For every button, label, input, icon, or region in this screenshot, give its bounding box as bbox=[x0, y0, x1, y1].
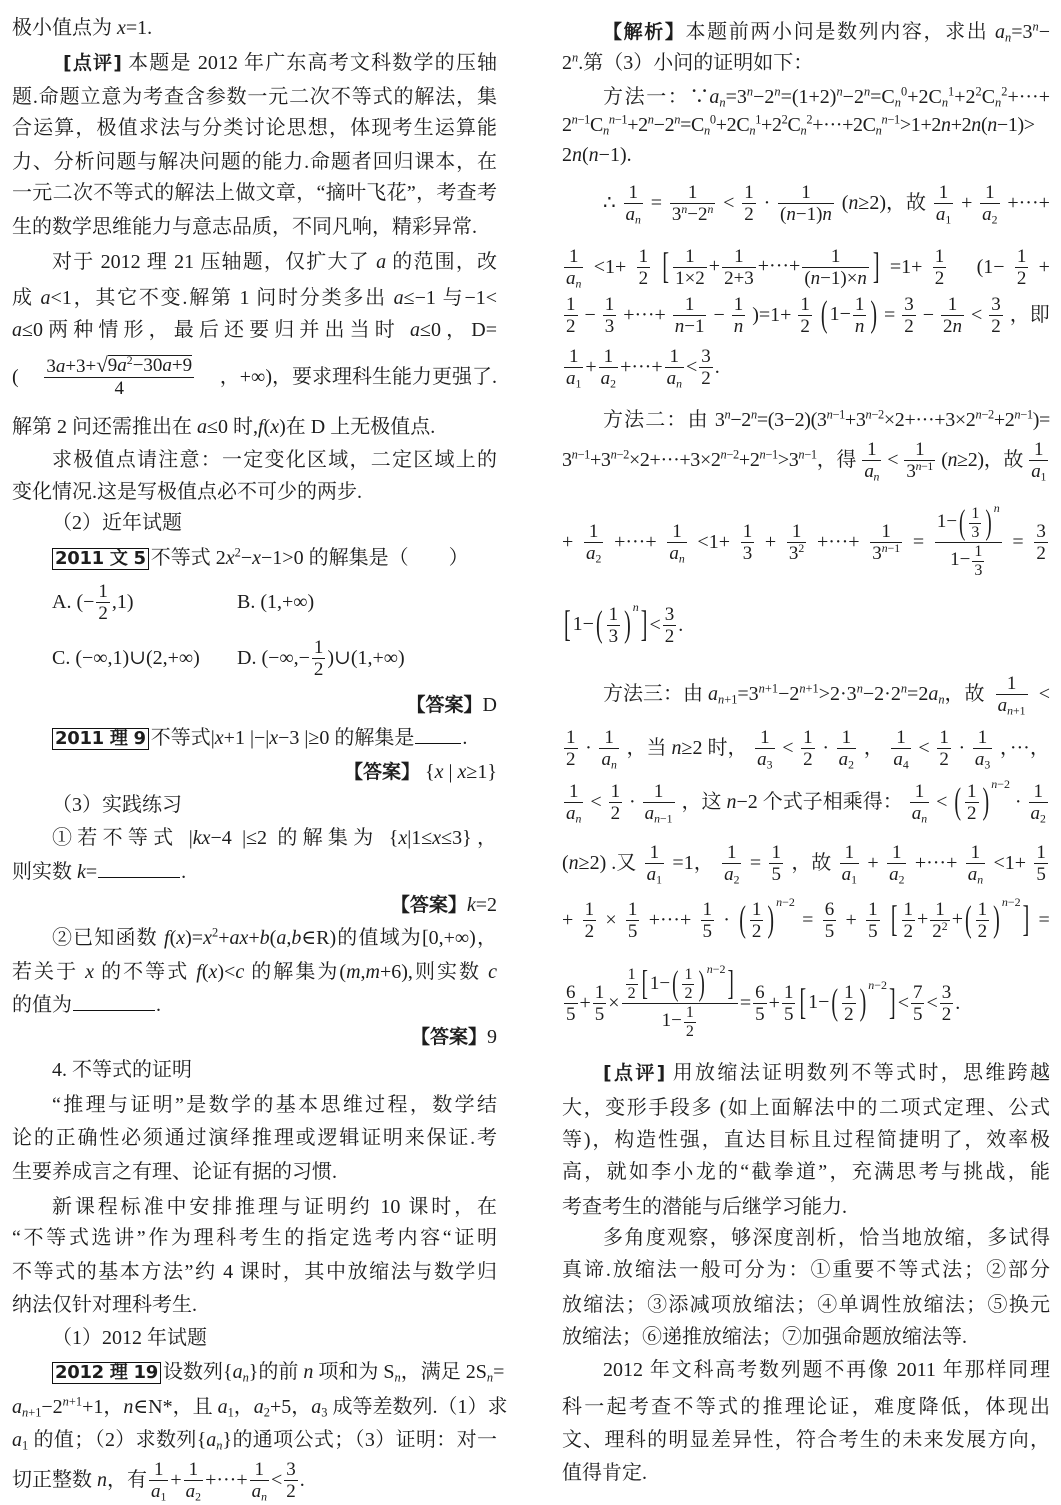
denominator: an bbox=[564, 268, 583, 289]
math-variable: n bbox=[572, 144, 582, 166]
math-variable: a bbox=[1031, 803, 1041, 824]
math-text: 1 bbox=[604, 727, 614, 748]
subscript: 2 bbox=[1040, 812, 1046, 825]
math-text: 1 bbox=[628, 899, 638, 920]
math-text: 3 bbox=[984, 758, 990, 771]
fraction: 15 bbox=[866, 899, 880, 942]
math-text: n bbox=[576, 812, 582, 825]
math-text: 5 bbox=[628, 921, 638, 942]
math-variable: n bbox=[991, 777, 997, 791]
math-variable: n bbox=[855, 316, 865, 337]
denominator: a1 bbox=[840, 864, 859, 885]
math-text: 1 bbox=[842, 727, 852, 748]
denominator: 3 bbox=[607, 626, 621, 647]
math-text: an bbox=[667, 368, 682, 389]
math-text: 1 bbox=[985, 182, 995, 203]
numerator: 1 bbox=[684, 1004, 696, 1023]
denominator: a2 bbox=[887, 864, 906, 885]
superscript: n−1 bbox=[609, 113, 627, 127]
denominator: 2 bbox=[976, 921, 990, 942]
math-text: 1− bbox=[937, 511, 957, 532]
math-text: < bbox=[686, 354, 697, 380]
math-text: ， bbox=[864, 735, 884, 761]
math-text: 1 bbox=[752, 899, 762, 920]
math-text: 2 bbox=[904, 316, 914, 337]
denominator: 32 bbox=[787, 543, 806, 564]
fraction: 1a3 bbox=[973, 727, 992, 770]
fraction: 1an bbox=[564, 246, 583, 289]
math-text: 3 bbox=[609, 626, 619, 647]
math-variable: a bbox=[982, 204, 992, 225]
math-text: n bbox=[725, 408, 731, 422]
numerator: 3 bbox=[663, 604, 677, 626]
math-text: 1 bbox=[945, 213, 951, 226]
subscript: 1 bbox=[851, 873, 857, 886]
math-text: . bbox=[955, 990, 960, 1016]
superscript: 1 bbox=[948, 85, 954, 99]
math-text: 3 bbox=[767, 758, 773, 771]
math-variable: n bbox=[866, 408, 872, 422]
subscript: n bbox=[1005, 31, 1011, 45]
line-content: ∴1an=13n−2n<12·1(n−1)n(n≥2)，故1a1+1a2+···… bbox=[603, 182, 1050, 225]
math-variable: a bbox=[601, 368, 611, 389]
superscript: n−1 bbox=[1014, 408, 1032, 422]
math-text: 6 bbox=[825, 899, 835, 920]
numerator: 1 bbox=[798, 294, 812, 316]
math-text: n−2 bbox=[1002, 895, 1021, 909]
superscript: n−2 bbox=[721, 448, 739, 462]
open-bracket: [ bbox=[891, 896, 898, 944]
math-text: 2 bbox=[939, 749, 949, 770]
line-content: 方法三：由 an+1=3n+1−2n+1>2·3n−2·2n=2an，故1an+… bbox=[603, 673, 1050, 716]
math-text: 1 bbox=[939, 727, 949, 748]
line-content: 12·1an，当 n≥2 时，1a3<12·1a2，1a4<12·1a3，···… bbox=[562, 727, 1050, 770]
math-text: 6 bbox=[755, 982, 765, 1003]
math-text: n bbox=[707, 202, 713, 215]
numerator: 1 bbox=[891, 727, 910, 749]
bracket-group: (12)n−2 bbox=[963, 899, 1021, 942]
math-text: 方法三：由 an+1=3n+1−2n+1>2·3n−2·2n=2an，故 bbox=[603, 681, 985, 707]
math-variable: n bbox=[576, 277, 582, 290]
math-variable: n bbox=[759, 682, 765, 696]
math-variable: n bbox=[848, 192, 858, 214]
numerator: 1 bbox=[722, 842, 741, 864]
line-text: 2012 年文科高考数列题不再像 2011 年那样同理 bbox=[603, 1357, 1050, 1383]
denominator: an bbox=[564, 803, 583, 824]
math-text: <1+ bbox=[993, 850, 1026, 876]
numerator: 1 bbox=[624, 182, 643, 204]
bracket-group: (12)n−2 bbox=[670, 966, 725, 1003]
denominator: 2 bbox=[564, 316, 578, 337]
denominator: a4 bbox=[891, 749, 910, 770]
analysis-label: 【解析】 bbox=[603, 21, 686, 43]
math-text: + bbox=[585, 354, 596, 380]
superscript: 2 bbox=[976, 85, 982, 99]
math-text: 2+3 bbox=[724, 268, 754, 289]
numerator: 1 bbox=[941, 294, 964, 316]
math-text: 1 bbox=[566, 727, 576, 748]
math-text: ，当 n≥2 时， bbox=[627, 735, 748, 761]
math-text: 1 bbox=[604, 346, 614, 367]
numerator: 1 bbox=[564, 246, 583, 268]
math-text: 1 bbox=[605, 294, 615, 315]
math-variable: n bbox=[747, 85, 753, 99]
math-text: an−1 bbox=[645, 803, 673, 824]
review-label: [点评] bbox=[603, 1062, 665, 1084]
fraction: 1−(13)n1−13 bbox=[935, 505, 1002, 580]
math-text: 1 bbox=[881, 521, 891, 542]
math-text: + bbox=[562, 907, 573, 933]
numerator: 1 bbox=[667, 521, 686, 543]
line-text: 大，变形手段多 (如上面解法中的二项式定理、公式 bbox=[562, 1095, 1050, 1121]
denominator: a3 bbox=[973, 749, 992, 770]
math-variable: a bbox=[724, 864, 734, 885]
numerator: 1 bbox=[930, 899, 949, 921]
subscript: n+1 bbox=[1007, 704, 1025, 717]
line-text: 值得肯定. bbox=[562, 1460, 1050, 1486]
math-variable: n bbox=[822, 204, 832, 225]
math-text: n bbox=[751, 408, 757, 422]
math-text: +···+ bbox=[620, 354, 663, 380]
math-text: n bbox=[1005, 31, 1011, 45]
fraction: 12 bbox=[750, 899, 764, 942]
math-text: 1 bbox=[576, 377, 582, 390]
math-text: n bbox=[679, 552, 685, 565]
numerator: 1 bbox=[976, 899, 990, 921]
fraction: 12 bbox=[933, 246, 947, 289]
math-text: (n≥2) .又 bbox=[562, 850, 636, 876]
math-text: 2 bbox=[566, 316, 576, 337]
numerator: 1 bbox=[842, 982, 856, 1004]
math-text: an bbox=[864, 461, 879, 482]
math-text: ，故 bbox=[791, 850, 831, 876]
math-text: 1 bbox=[569, 246, 579, 267]
fraction: 15 bbox=[769, 842, 783, 885]
numerator: 1 bbox=[665, 346, 684, 368]
fraction: 1n bbox=[732, 294, 746, 337]
subscript: 2 bbox=[848, 758, 854, 771]
math-text: 3 bbox=[743, 543, 753, 564]
subscript: n+1 bbox=[718, 693, 737, 707]
math-variable: a bbox=[998, 695, 1008, 716]
math-text: 1 bbox=[1033, 781, 1043, 802]
math-variable: n bbox=[672, 737, 682, 759]
fraction: 1(n−1)n bbox=[778, 182, 834, 225]
math-variable: n bbox=[611, 448, 617, 462]
fraction: 1a2 bbox=[722, 842, 741, 885]
superscript: n bbox=[864, 85, 870, 99]
math-variable: a bbox=[669, 543, 679, 564]
math-variable: n bbox=[975, 408, 981, 422]
numerator: 1 bbox=[645, 842, 664, 864]
numerator: 1 bbox=[583, 899, 597, 921]
denominator: 5 bbox=[769, 864, 783, 885]
math-variable: n bbox=[707, 962, 713, 976]
math-text: 2 bbox=[701, 368, 711, 389]
math-text: 2 bbox=[734, 873, 740, 886]
math-text: +···+ bbox=[817, 529, 860, 555]
math-text: · bbox=[958, 735, 965, 761]
math-text: a3 bbox=[975, 749, 990, 770]
math-text: 1 bbox=[867, 439, 876, 460]
math-variable: n bbox=[675, 316, 685, 337]
superscript: n bbox=[674, 113, 680, 127]
math-text: 1 bbox=[589, 521, 599, 542]
math-text: 2 bbox=[611, 803, 621, 824]
fraction: 13n−1 bbox=[904, 439, 935, 482]
denominator: 3n−2n bbox=[670, 204, 716, 225]
math-text: n bbox=[774, 85, 780, 99]
math-group: 13 bbox=[967, 505, 983, 542]
math-text: 2 bbox=[1001, 85, 1007, 99]
math-text: 1 bbox=[685, 246, 695, 267]
math-text: × bbox=[605, 907, 616, 933]
fraction: 32 bbox=[940, 982, 954, 1025]
math-text: = bbox=[740, 990, 751, 1016]
denominator: 2 bbox=[842, 1004, 856, 1025]
math-text: 2 bbox=[806, 113, 812, 127]
math-text: 1 bbox=[688, 182, 698, 203]
math-variable: a bbox=[968, 864, 978, 885]
math-text: +···+ bbox=[614, 529, 657, 555]
denominator: 2 bbox=[742, 204, 756, 225]
right-column: 【解析】本题前两小问是数列内容，求出 an=3n− 2n.第（3）小问的证明如下… bbox=[0, 0, 1061, 1505]
math-group: 1−(12)n−2 bbox=[650, 966, 726, 1003]
numerator: 1 bbox=[837, 727, 856, 749]
fraction: 32 bbox=[902, 294, 916, 337]
denominator: 2 bbox=[682, 985, 694, 1003]
math-text: 1 bbox=[760, 727, 770, 748]
math-text: n bbox=[1033, 20, 1039, 34]
math-text: n−1 bbox=[609, 113, 627, 127]
math-text: 1 bbox=[744, 182, 754, 203]
subscript: n bbox=[679, 552, 685, 565]
open-bracket: ( bbox=[965, 896, 972, 944]
math-text: 22 bbox=[932, 921, 947, 942]
subscript: n bbox=[635, 213, 641, 226]
numerator: 1 bbox=[673, 246, 707, 268]
math-variable: n bbox=[994, 501, 1000, 515]
math-text: n−2 bbox=[991, 777, 1010, 791]
math-text: 5 bbox=[566, 1004, 576, 1025]
subscript: n bbox=[977, 873, 983, 886]
math-text: 方法二：由 3n−2n=(3−2)(3n−1+3n−2×2+···+3×2n−2… bbox=[603, 409, 1050, 431]
open-bracket: ( bbox=[821, 291, 828, 339]
math-text: 1 bbox=[939, 182, 949, 203]
line-content: 2n.第（3）小问的证明如下： bbox=[562, 50, 1050, 76]
bracket-group: [1−(12)n−2] bbox=[797, 982, 897, 1025]
math-variable: a bbox=[912, 803, 922, 824]
math-variable: n bbox=[589, 144, 599, 166]
denominator: a1 bbox=[564, 368, 583, 389]
denominator: 1−13 bbox=[935, 543, 1002, 580]
math-text: n bbox=[734, 316, 744, 337]
math-variable: a bbox=[601, 749, 611, 770]
math-group: 1−13 bbox=[950, 549, 986, 570]
math-text: 0 bbox=[901, 85, 907, 99]
math-text: 1 bbox=[851, 873, 857, 886]
numerator: 3 bbox=[989, 294, 1003, 316]
fraction: 15 bbox=[782, 982, 796, 1025]
math-text: + bbox=[917, 908, 928, 930]
math-text: n−2 bbox=[721, 448, 739, 462]
fraction: 12[1−(12)n−2]1−12 bbox=[622, 966, 738, 1041]
numerator: 1 bbox=[722, 246, 756, 268]
superscript: n bbox=[681, 202, 687, 215]
open-bracket: [ bbox=[799, 979, 806, 1027]
math-text: n bbox=[681, 202, 687, 215]
superscript: 2 bbox=[1001, 85, 1007, 99]
math-text: − bbox=[713, 302, 724, 328]
superscript: n−2 bbox=[866, 408, 884, 422]
math-variable: n bbox=[751, 408, 757, 422]
math-text: n−2 bbox=[776, 895, 795, 909]
math-text: . bbox=[678, 612, 683, 638]
bracket-group: (13)n bbox=[957, 505, 1000, 542]
denominator: n−1 bbox=[673, 316, 707, 337]
math-text: a3 bbox=[757, 749, 772, 770]
fraction: 1a1 bbox=[840, 842, 859, 885]
math-variable: a bbox=[889, 864, 899, 885]
math-text: 1− bbox=[950, 549, 970, 570]
math-variable: n bbox=[1014, 408, 1020, 422]
bracket-group: (13)n bbox=[594, 604, 639, 647]
denominator: 3n−1 bbox=[870, 543, 902, 564]
fraction: 12 bbox=[965, 781, 979, 824]
math-variable: n bbox=[827, 408, 833, 422]
line-content: 1a1+1a2+···+1an<32. bbox=[562, 346, 1050, 389]
exponent: n bbox=[994, 502, 1000, 514]
math-variable: n bbox=[1007, 704, 1013, 717]
line-text: 真谛.放缩法一般可分为：①重要不等式法；②部分 bbox=[562, 1257, 1050, 1283]
math-text: 3n−1 bbox=[872, 543, 900, 564]
open-bracket: ( bbox=[672, 965, 678, 1004]
math-text: < bbox=[936, 789, 947, 815]
math-variable: n bbox=[882, 541, 888, 554]
line-content: [点评] 用放缩法证明数列不等式时，思维跨越 bbox=[603, 1060, 1050, 1086]
math-variable: n bbox=[1005, 31, 1011, 45]
math-text: n−2 bbox=[868, 978, 887, 992]
math-text: 1 bbox=[904, 899, 914, 920]
numerator: 1 bbox=[933, 246, 947, 268]
math-text: 5 bbox=[703, 921, 713, 942]
line-content: 方法二：由 3n−2n=(3−2)(3n−1+3n−2×2+···+3×2n−2… bbox=[603, 407, 1050, 433]
math-text: +···+ bbox=[758, 255, 801, 277]
denominator: a2 bbox=[584, 543, 603, 564]
math-variable: a bbox=[842, 864, 852, 885]
math-text: 2 bbox=[942, 1004, 952, 1025]
math-text: = bbox=[884, 302, 895, 328]
math-text: + bbox=[709, 255, 720, 277]
fraction: 12 bbox=[842, 982, 856, 1025]
math-text: n−1 bbox=[675, 316, 705, 337]
math-text: =1， bbox=[672, 850, 713, 876]
math-group: 12 bbox=[680, 966, 696, 1003]
superscript: n bbox=[901, 682, 907, 696]
subscript: n bbox=[576, 277, 582, 290]
math-variable: n bbox=[948, 449, 958, 471]
denominator: an−1 bbox=[643, 803, 675, 824]
math-text: 2 bbox=[1036, 543, 1046, 564]
fraction: 13n−2n bbox=[670, 182, 716, 225]
math-text: +···+ bbox=[915, 850, 958, 876]
numerator: 1 bbox=[626, 899, 640, 921]
numerator: 1 bbox=[778, 182, 834, 204]
math-text: 1− bbox=[573, 613, 594, 635]
fraction: 65 bbox=[564, 982, 578, 1025]
math-text: = bbox=[1039, 907, 1050, 933]
math-text: a2 bbox=[889, 864, 904, 885]
math-text: an bbox=[669, 543, 684, 564]
open-bracket: ( bbox=[954, 778, 961, 826]
denominator: 2 bbox=[937, 749, 951, 770]
math-text: an bbox=[601, 749, 616, 770]
subscript: 2 bbox=[992, 213, 998, 226]
open-bracket: ( bbox=[739, 896, 746, 944]
math-variable: n bbox=[1002, 895, 1008, 909]
bracket-group: (12)n−2 bbox=[737, 899, 795, 942]
denominator: a2 bbox=[837, 749, 856, 770]
numerator: 3 bbox=[902, 294, 916, 316]
close-bracket: ) bbox=[985, 504, 991, 543]
math-text: 1 bbox=[792, 521, 802, 542]
bracket-group: [11×2+12+3+···+1(n−1)×n] bbox=[660, 246, 881, 289]
denominator: 2 bbox=[902, 921, 916, 942]
math-variable: a bbox=[839, 749, 849, 770]
fraction: 1an bbox=[966, 842, 985, 885]
numerator: 6 bbox=[823, 899, 837, 921]
math-text: 2 bbox=[992, 213, 998, 226]
numerator: 1−(13)n bbox=[935, 505, 1002, 543]
math-text: 1 bbox=[685, 294, 695, 315]
bracket-group: (12)n−2 bbox=[829, 982, 887, 1025]
exponent: n−2 bbox=[991, 778, 1010, 790]
math-text: (n−1)×n bbox=[804, 268, 867, 289]
fraction: 15 bbox=[593, 982, 607, 1025]
fraction: 1an bbox=[667, 521, 686, 564]
denominator: 2 bbox=[564, 749, 578, 770]
math-text: 1 bbox=[971, 505, 979, 522]
numerator: 1 bbox=[934, 182, 953, 204]
math-text: 3n−2n bbox=[672, 204, 714, 225]
math-text: 2 bbox=[744, 204, 754, 225]
denominator: an bbox=[862, 461, 881, 482]
numerator: 1 bbox=[996, 673, 1028, 695]
numerator: 1 bbox=[1029, 439, 1048, 461]
numerator: 1 bbox=[673, 294, 707, 316]
math-text: n−2 bbox=[866, 408, 884, 422]
line-text: 考查考生的潜能与后继学习能力. bbox=[562, 1194, 1050, 1220]
fraction: 1n bbox=[853, 294, 867, 337]
math-text: 3 bbox=[1036, 521, 1046, 542]
close-bracket: ] bbox=[889, 979, 896, 1027]
math-text: 2 bbox=[639, 268, 649, 289]
math-text: 2 bbox=[566, 749, 576, 770]
fraction: 122 bbox=[930, 899, 949, 942]
math-text: =1+ bbox=[890, 254, 923, 280]
subscript: n bbox=[873, 470, 879, 483]
math-variable: n bbox=[648, 113, 654, 127]
denominator: 5 bbox=[823, 921, 837, 942]
denominator: an bbox=[665, 368, 684, 389]
subscript: n bbox=[576, 812, 582, 825]
subscript: n bbox=[676, 377, 682, 390]
numerator: 1 bbox=[1029, 781, 1048, 803]
math-text: n−1 bbox=[759, 448, 777, 462]
denominator: an bbox=[966, 864, 985, 885]
math-text: 2 bbox=[782, 113, 788, 127]
math-text: 1 bbox=[1034, 439, 1043, 460]
